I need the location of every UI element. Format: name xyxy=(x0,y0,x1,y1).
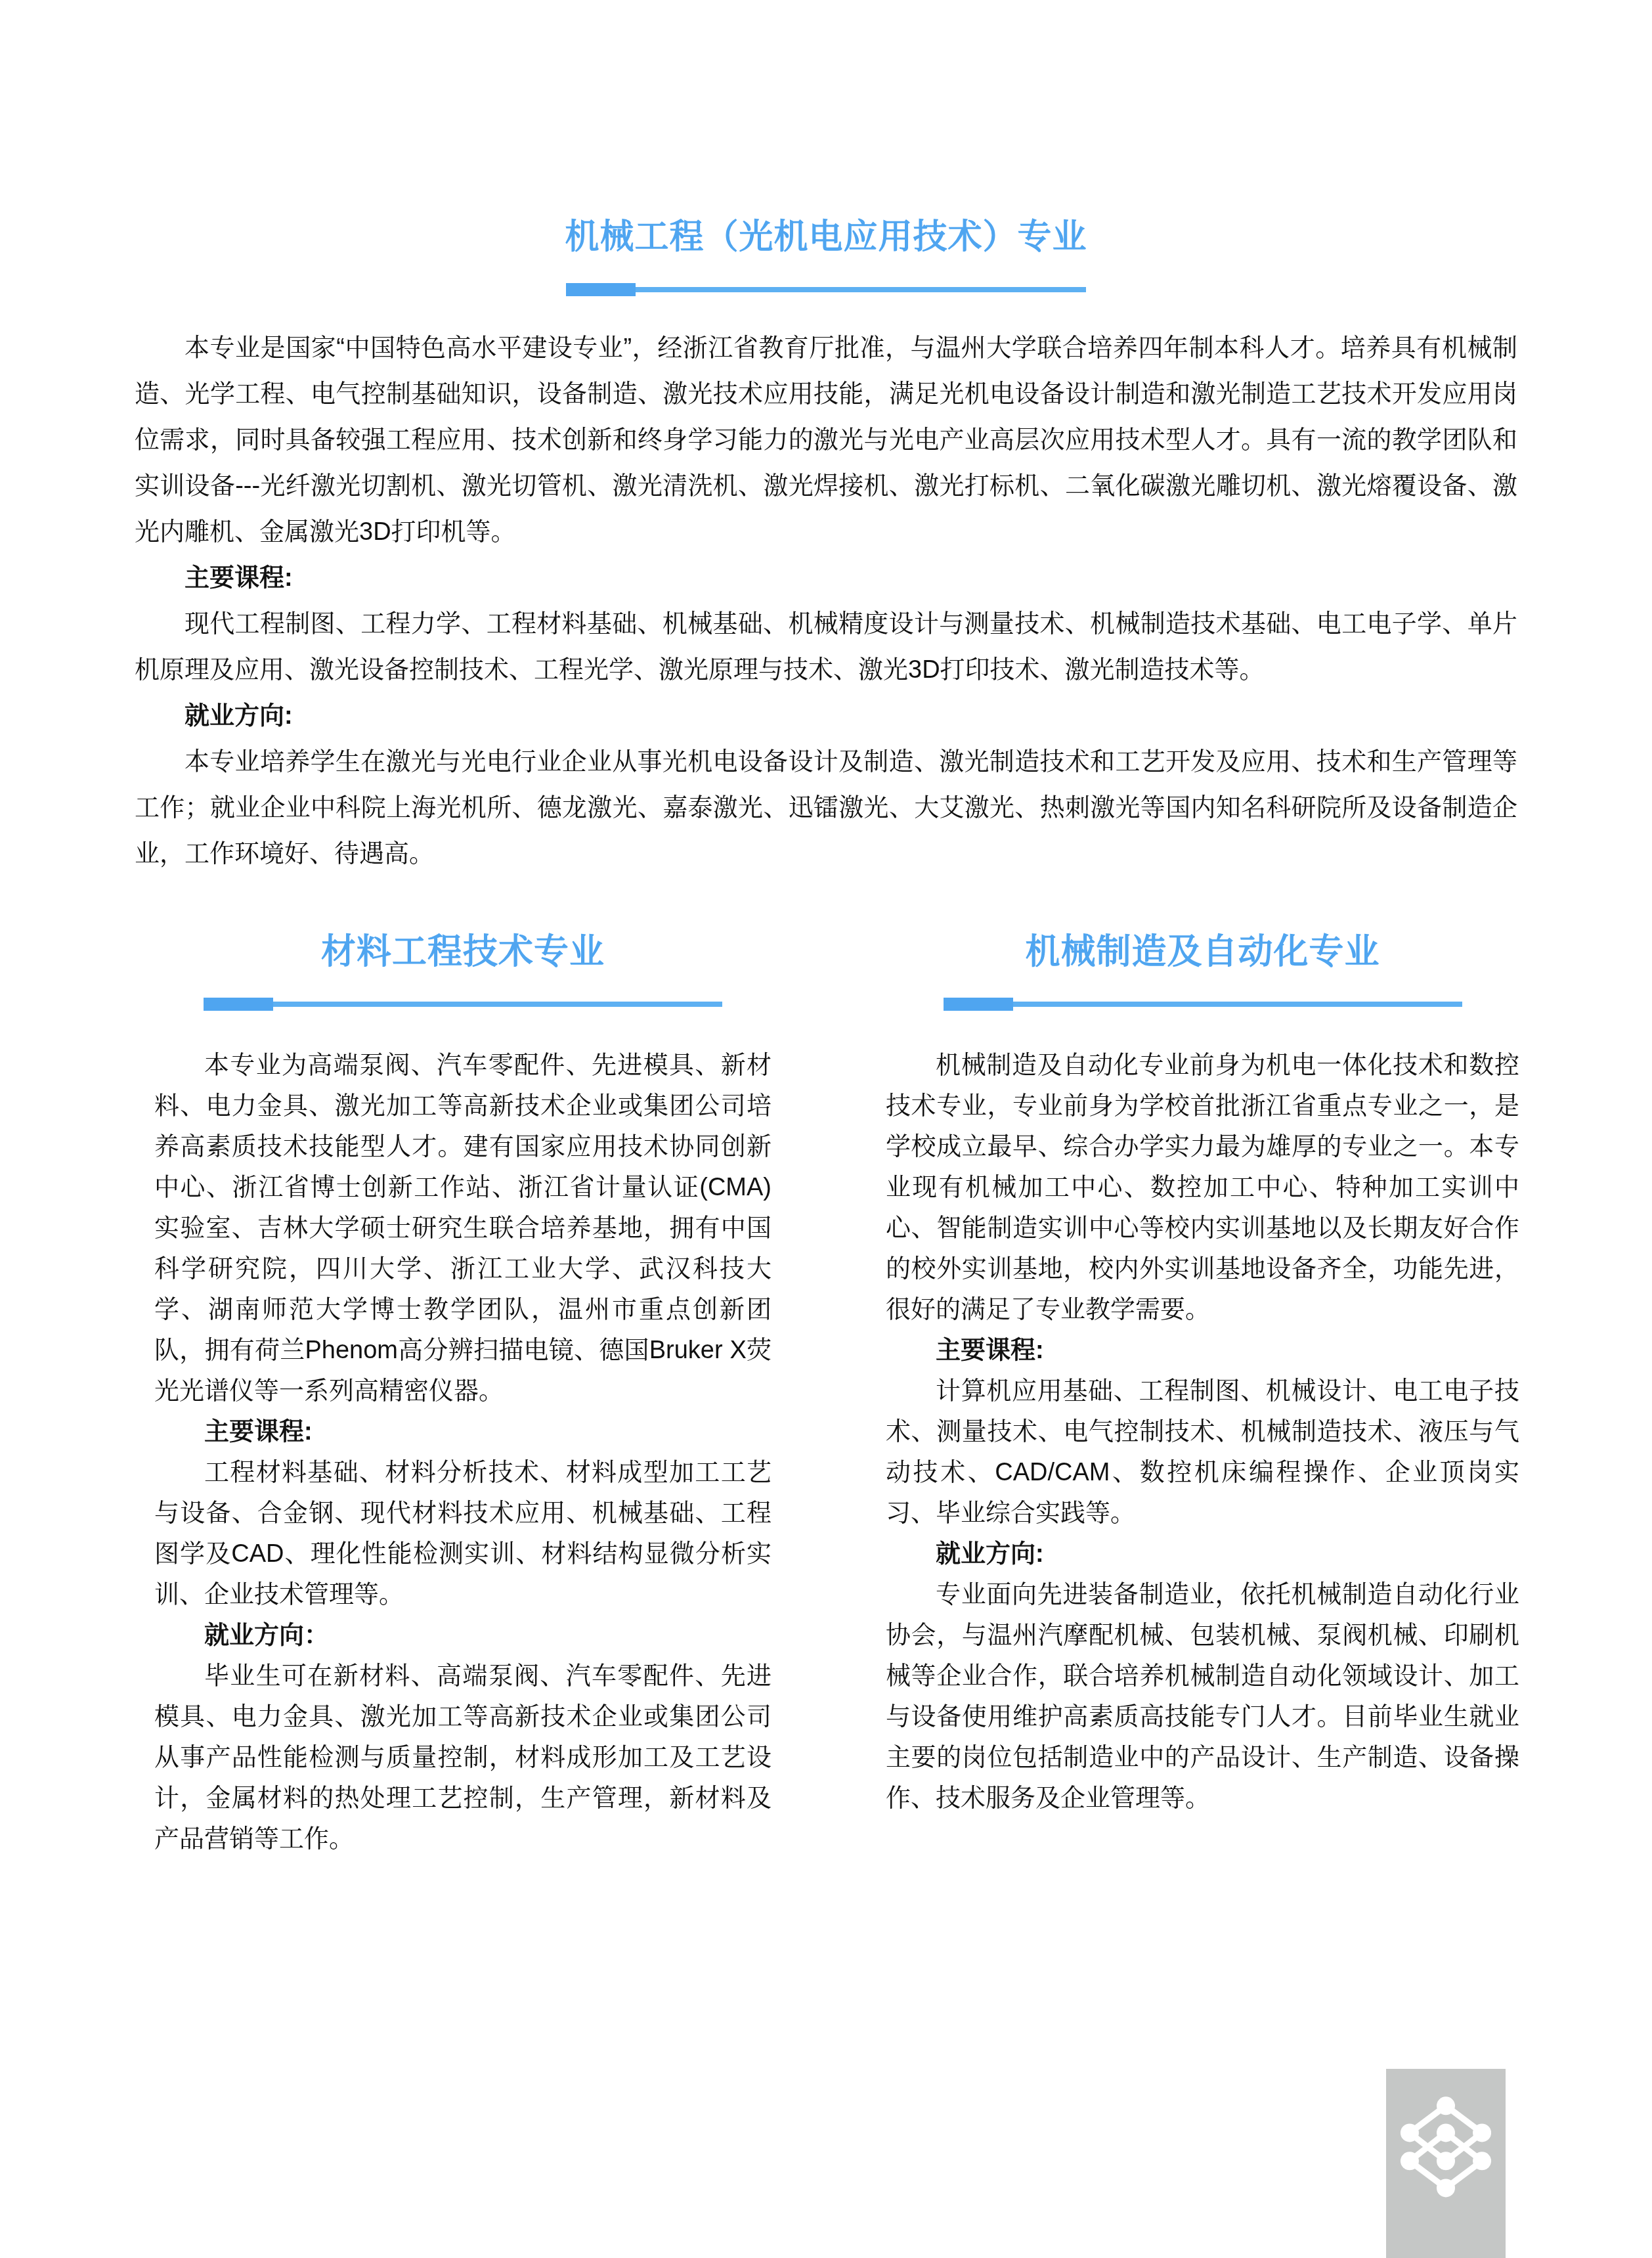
machinery-intro-paragraph: 机械制造及自动化专业前身为机电一体化技术和数控技术专业，专业前身为学校首批浙江省… xyxy=(886,1045,1519,1330)
page-title: 机械工程（光机电应用技术）专业 xyxy=(135,209,1517,258)
machinery-courses-label: 主要课程: xyxy=(886,1330,1519,1371)
section-materials-program: 材料工程技术专业 本专业为高端泵阀、汽车零配件、先进模具、新材料、电力金具、激光… xyxy=(154,924,772,1859)
materials-title: 材料工程技术专业 xyxy=(154,924,772,974)
underline-thin-segment xyxy=(636,287,1086,292)
section-machinery-body: 机械制造及自动化专业前身为机电一体化技术和数控技术专业，专业前身为学校首批浙江省… xyxy=(886,1045,1519,1819)
machinery-jobs-label: 就业方向: xyxy=(886,1534,1519,1574)
section-laser-program: 机械工程（光机电应用技术）专业 本专业是国家“中国特色高水平建设专业”，经浙江省… xyxy=(135,0,1517,877)
section-machinery-program: 机械制造及自动化专业 机械制造及自动化专业前身为机电一体化技术和数控技术专业，专… xyxy=(886,924,1519,1859)
title-underline xyxy=(566,283,1086,296)
laser-jobs-paragraph: 本专业培养学生在激光与光电行业企业从事光机电设备设计及制造、激光制造技术和工艺开… xyxy=(135,739,1517,877)
machinery-courses-paragraph: 计算机应用基础、工程制图、机械设计、电工电子技术、测量技术、电气控制技术、机械制… xyxy=(886,1371,1519,1534)
underline-thick-segment xyxy=(566,283,636,296)
underline-thick-segment xyxy=(204,998,273,1011)
underline-thin-segment xyxy=(273,1002,722,1007)
materials-courses-label: 主要课程: xyxy=(154,1411,772,1452)
laser-intro-paragraph: 本专业是国家“中国特色高水平建设专业”，经浙江省教育厅批准，与温州大学联合培养四… xyxy=(135,325,1517,555)
machinery-title-underline xyxy=(944,998,1462,1011)
underline-thin-segment xyxy=(1013,1002,1462,1007)
section-laser-body: 本专业是国家“中国特色高水平建设专业”，经浙江省教育厅批准，与温州大学联合培养四… xyxy=(135,325,1517,877)
lattice-network-icon xyxy=(1400,2092,1492,2199)
laser-courses-paragraph: 现代工程制图、工程力学、工程材料基础、机械基础、机械精度设计与测量技术、机械制造… xyxy=(135,601,1517,693)
underline-thick-segment xyxy=(944,998,1013,1011)
page-corner-decoration xyxy=(1386,2069,1506,2258)
materials-courses-paragraph: 工程材料基础、材料分析技术、材料成型加工工艺与设备、合金钢、现代材料技术应用、机… xyxy=(154,1452,772,1615)
materials-intro-paragraph: 本专业为高端泵阀、汽车零配件、先进模具、新材料、电力金具、激光加工等高新技术企业… xyxy=(154,1045,772,1411)
materials-title-underline xyxy=(204,998,722,1011)
section-materials-body: 本专业为高端泵阀、汽车零配件、先进模具、新材料、电力金具、激光加工等高新技术企业… xyxy=(154,1045,772,1859)
materials-jobs-label: 就业方向： xyxy=(154,1615,772,1656)
materials-jobs-paragraph: 毕业生可在新材料、高端泵阀、汽车零配件、先进模具、电力金具、激光加工等高新技术企… xyxy=(154,1656,772,1859)
machinery-title: 机械制造及自动化专业 xyxy=(886,924,1519,974)
two-column-sections: 材料工程技术专业 本专业为高端泵阀、汽车零配件、先进模具、新材料、电力金具、激光… xyxy=(135,924,1517,1859)
machinery-jobs-paragraph: 专业面向先进装备制造业，依托机械制造自动化行业协会，与温州汽摩配机械、包装机械、… xyxy=(886,1574,1519,1819)
page-content: 机械工程（光机电应用技术）专业 本专业是国家“中国特色高水平建设专业”，经浙江省… xyxy=(0,0,1652,1859)
laser-courses-label: 主要课程: xyxy=(135,555,1517,601)
laser-jobs-label: 就业方向: xyxy=(135,693,1517,739)
